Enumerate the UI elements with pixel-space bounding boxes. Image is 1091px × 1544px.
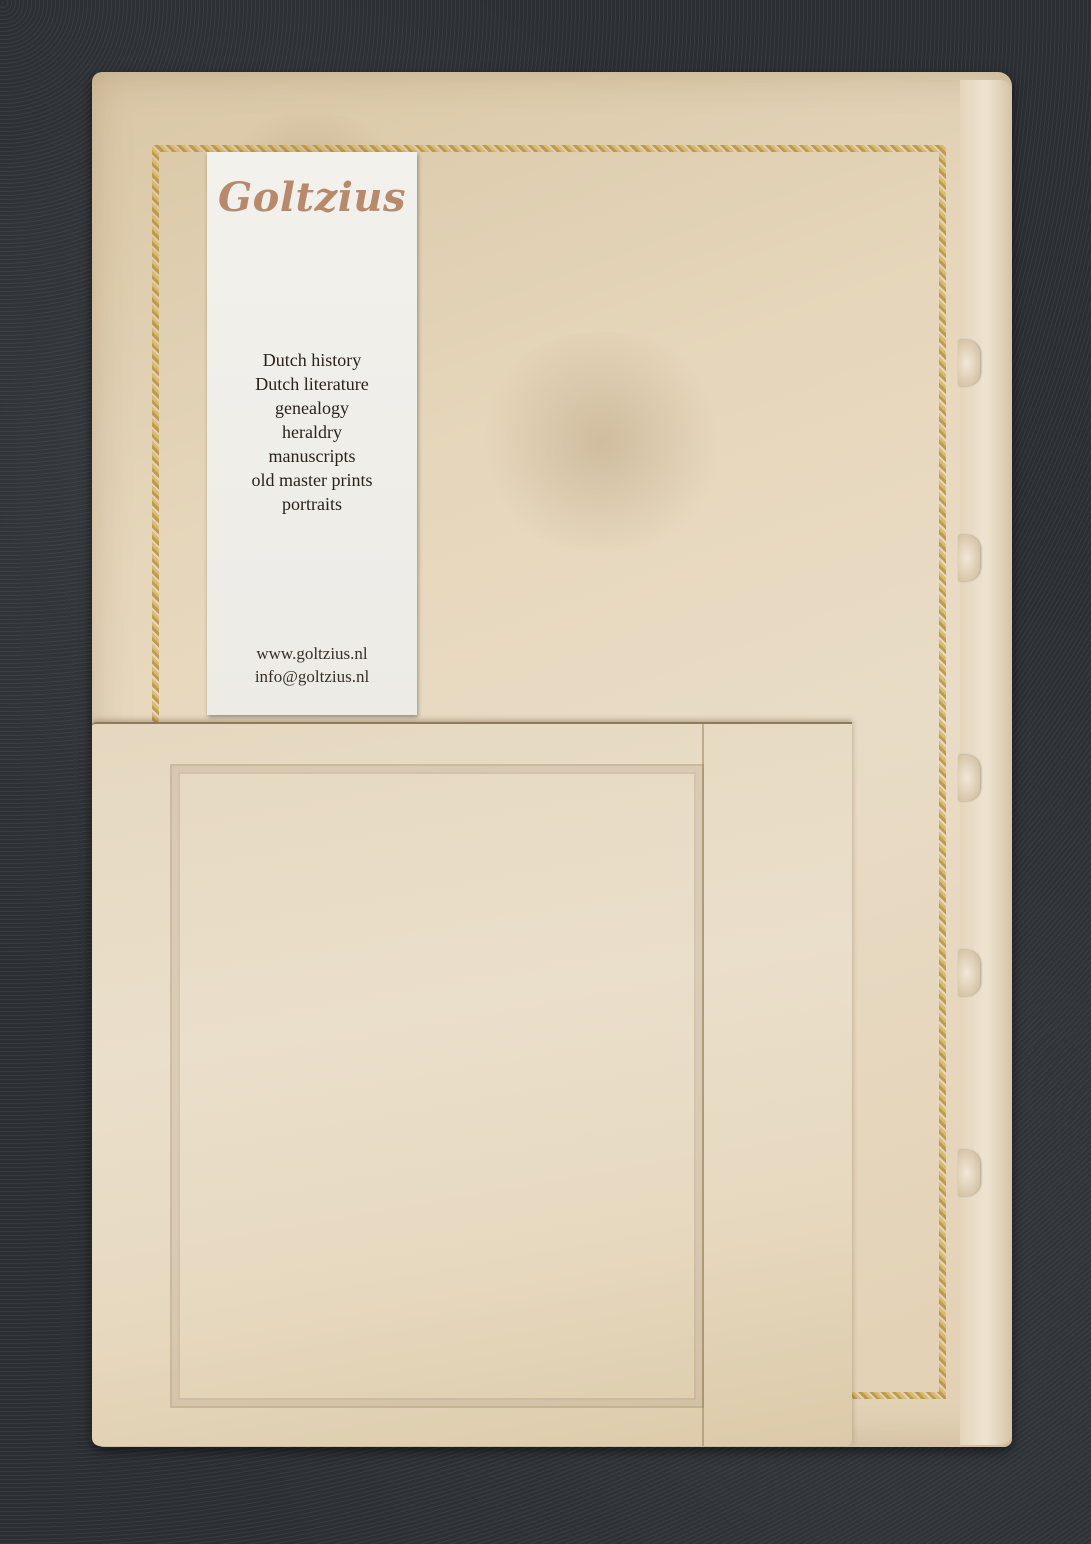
- brand-logo: Goltzius: [207, 174, 417, 221]
- spine-band: [958, 950, 980, 996]
- topic-item: manuscripts: [207, 444, 417, 468]
- blind-tooled-frame: [170, 764, 704, 1408]
- fore-edge-flap: [92, 722, 852, 1446]
- topic-item: genealogy: [207, 396, 417, 420]
- topic-item: heraldry: [207, 420, 417, 444]
- flap-fold-line: [702, 724, 704, 1446]
- website-text: www.goltzius.nl: [207, 642, 417, 665]
- dealer-bookmark: Goltzius Dutch history Dutch literature …: [207, 152, 417, 715]
- email-text: info@goltzius.nl: [207, 665, 417, 688]
- spine-band: [958, 340, 980, 386]
- spine-band: [958, 755, 980, 801]
- spine-band: [958, 535, 980, 581]
- topic-item: Dutch history: [207, 348, 417, 372]
- topic-item: old master prints: [207, 468, 417, 492]
- topic-item: portraits: [207, 492, 417, 516]
- topic-list: Dutch history Dutch literature genealogy…: [207, 348, 417, 516]
- spine-band: [958, 1150, 980, 1196]
- contact-info: www.goltzius.nl info@goltzius.nl: [207, 642, 417, 688]
- topic-item: Dutch literature: [207, 372, 417, 396]
